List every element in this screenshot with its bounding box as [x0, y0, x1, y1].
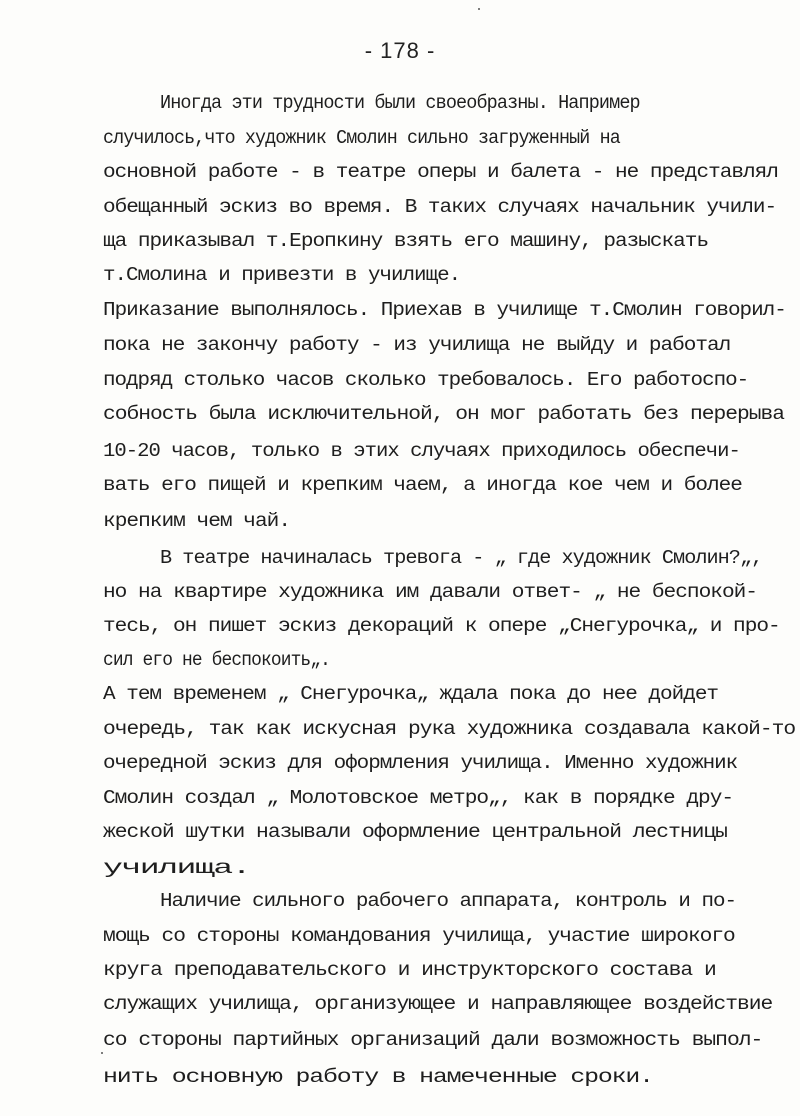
paper-speck [478, 8, 480, 10]
text-line: вать его пищей и крепким чаем, а иногда … [103, 473, 742, 497]
text-line: Приказание выполнялось. Приехав в училищ… [103, 298, 786, 322]
text-line: крепким чем чай. [103, 509, 290, 533]
text-line: сил его не беспокоить„. [103, 648, 330, 672]
text-line: В театре начиналась тревога - „ где худо… [160, 546, 762, 570]
text-line: мощь со стороны командования училища, уч… [103, 924, 735, 948]
text-line: тесь, он пишет эскиз декораций к опере „… [103, 614, 780, 638]
paper-speck [101, 1052, 103, 1054]
text-line: круга преподавательского и инструкторско… [103, 958, 716, 982]
text-line: ща приказывал т.Еропкину взять его машин… [103, 229, 708, 253]
text-line: собность была исключительной, он мог раб… [103, 402, 784, 426]
text-line: основной работе - в театре оперы и балет… [103, 160, 778, 184]
text-line: подряд столько часов сколько требовалось… [103, 368, 748, 392]
text-line: очередь, так как искусная рука художника… [103, 717, 795, 741]
text-line: Иногда эти трудности были своеобразны. Н… [160, 91, 640, 115]
text-line: училища. [103, 856, 250, 880]
text-line: нить основную работу в намеченные сроки. [103, 1065, 653, 1089]
text-line: А тем временем „ Снегурочка„ ждала пока … [103, 682, 718, 706]
text-line: т.Смолина и привезти в училище. [103, 263, 460, 287]
text-line: 10-20 часов, только в этих случаях прихо… [103, 439, 740, 463]
text-line: жеской шутки называли оформление централ… [103, 820, 727, 844]
text-line: Наличие сильного рабочего аппарата, конт… [160, 889, 736, 913]
text-line: очередной эскиз для оформления училища. … [103, 751, 737, 775]
text-line: обещанный эскиз во время. В таких случая… [103, 195, 776, 219]
text-line: пока не закончу работу - из училища не в… [103, 333, 730, 357]
page-number: - 178 - [0, 38, 800, 64]
text-line: служащих училища, организующее и направл… [103, 992, 772, 1016]
text-line: со стороны партийных организаций дали во… [103, 1028, 762, 1052]
text-line: случилось,что художник Смолин сильно заг… [103, 126, 620, 150]
text-line: но на квартире художника им давали ответ… [103, 580, 757, 604]
text-line: Смолин создал „ Молотовское метро„, как … [103, 786, 733, 810]
